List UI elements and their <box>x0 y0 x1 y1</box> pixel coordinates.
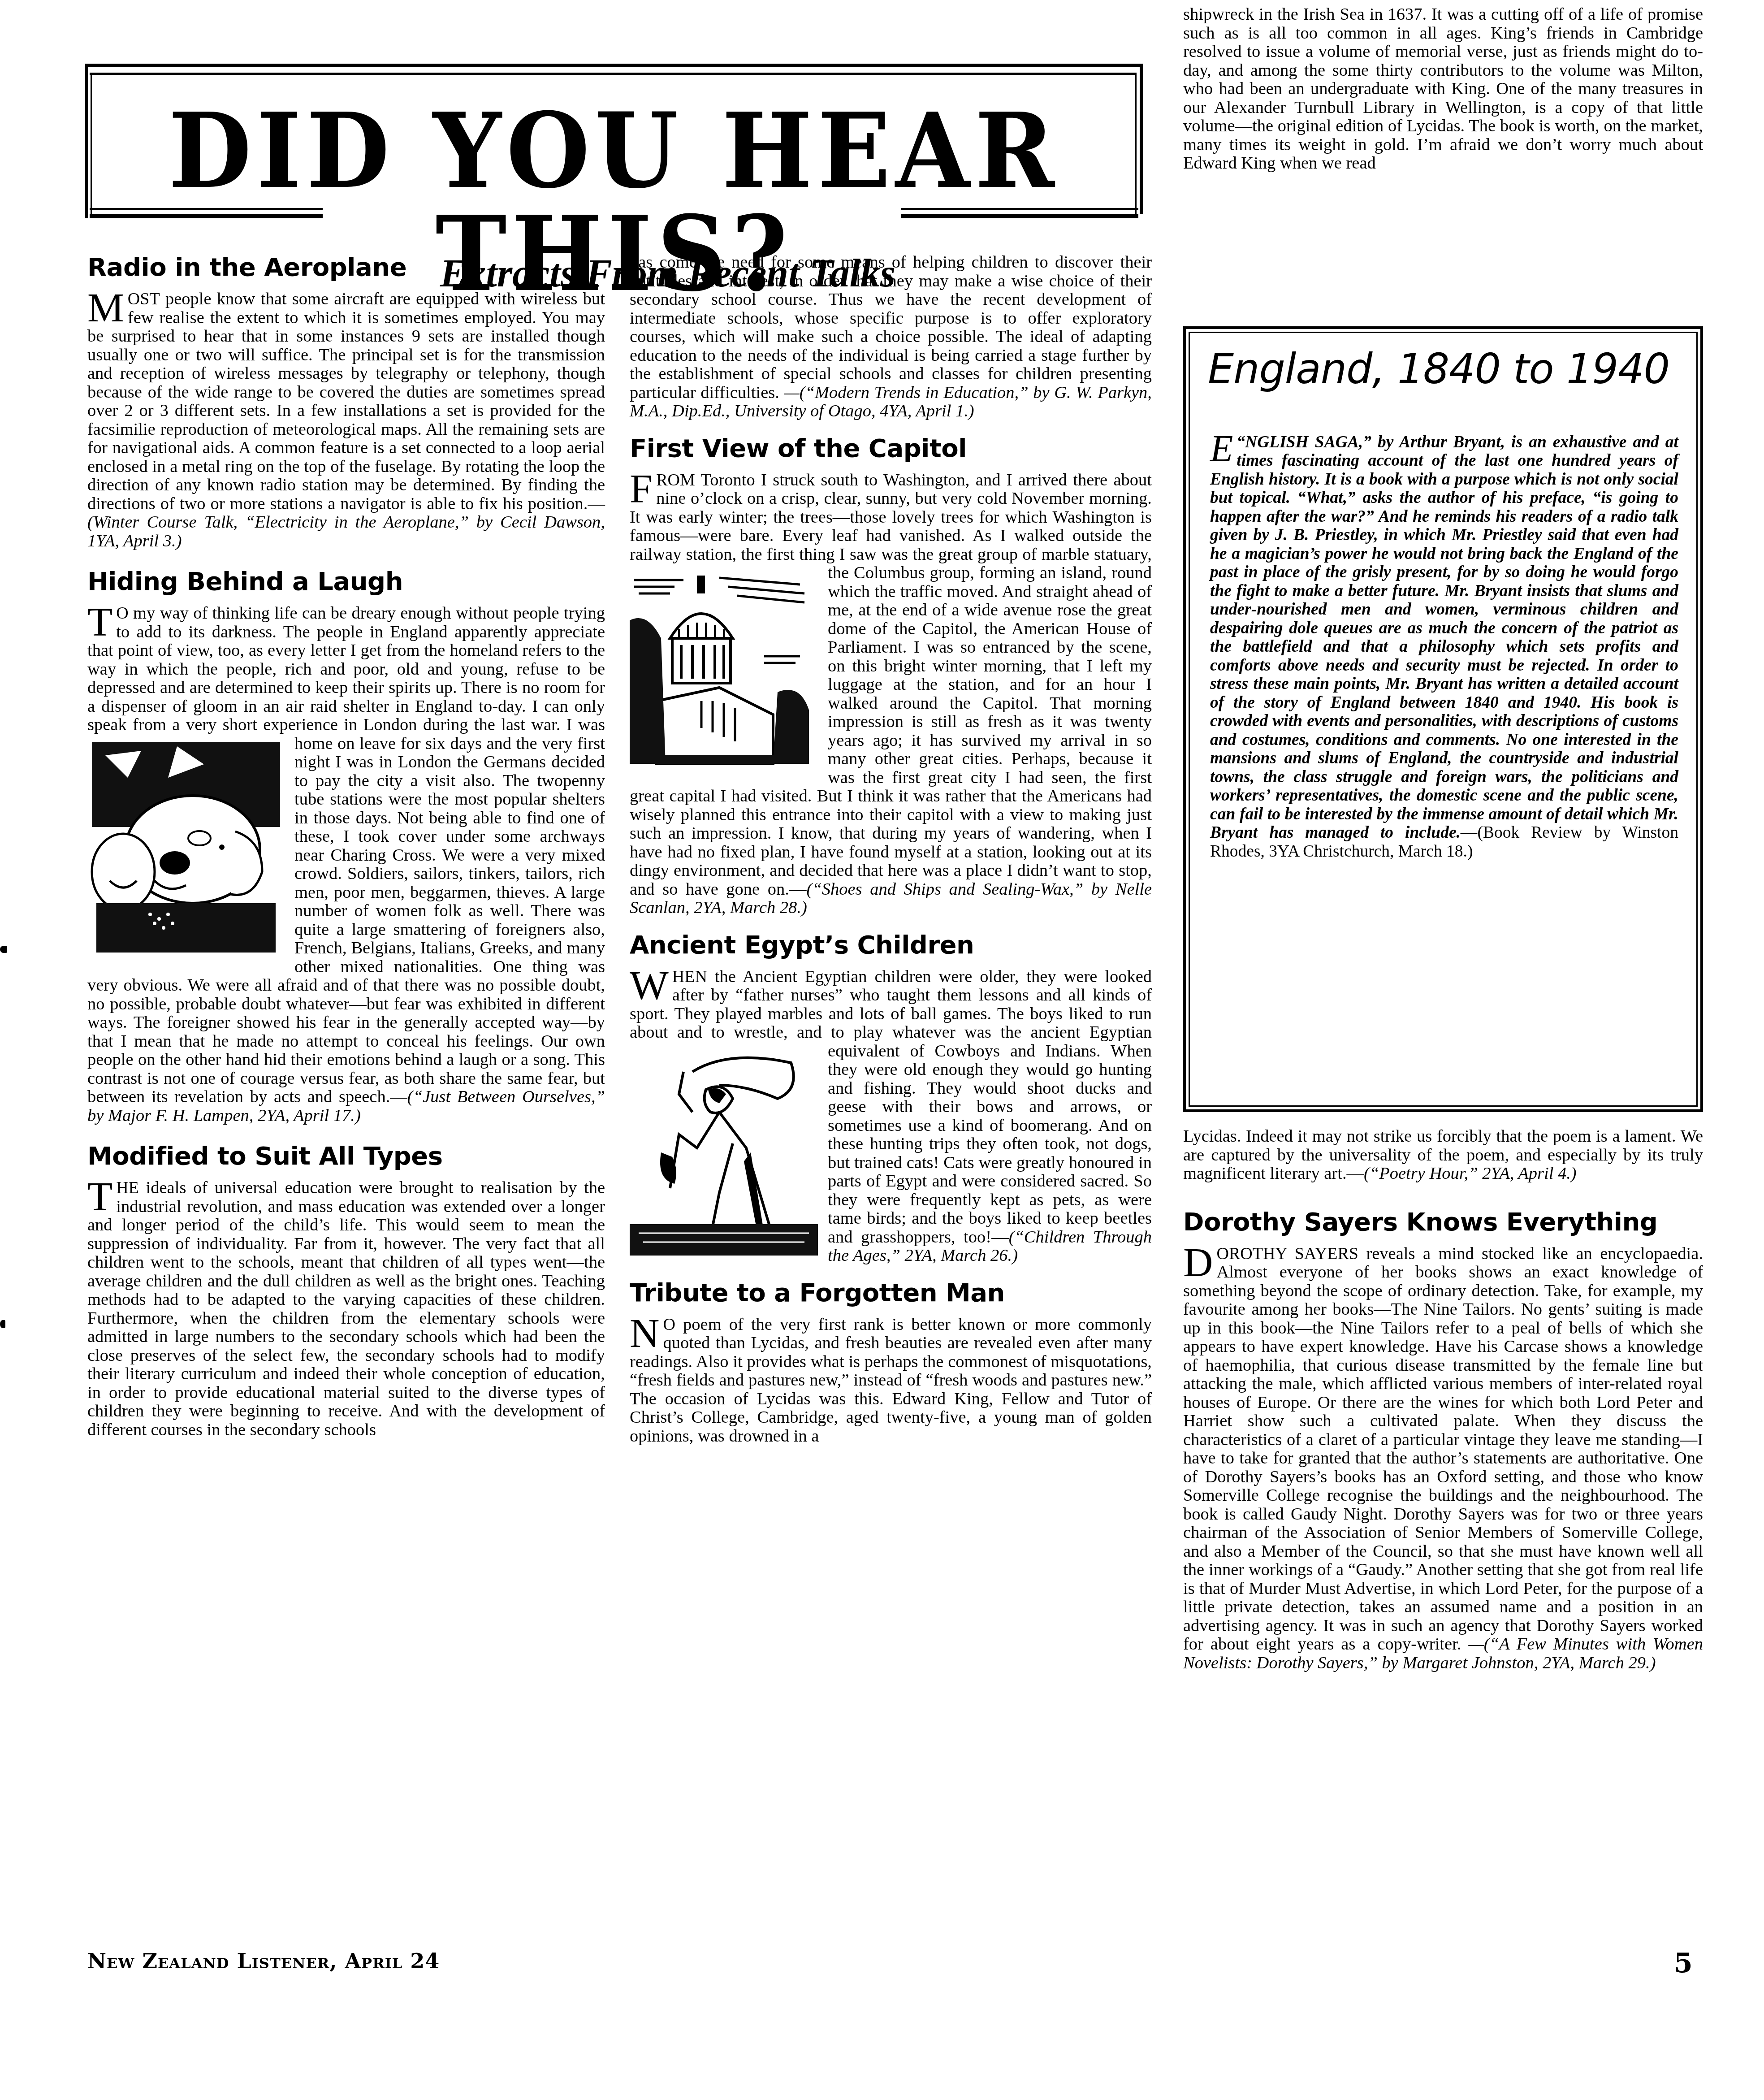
article-hiding-behind-laugh: Hiding Behind a Laugh TO my way of think… <box>87 567 605 1125</box>
cartoon-icon <box>87 737 285 957</box>
publication-footer: New Zealand Listener, April 24 <box>87 1949 440 1973</box>
egyptian-figure-icon <box>630 1045 818 1256</box>
article-body: TO my way of thinking life can be dreary… <box>87 604 605 1125</box>
article-heading: Tribute to a Forgotten Man <box>630 1279 1152 1308</box>
article-body: WHEN the Ancient Egyptian children were … <box>630 968 1152 1265</box>
masthead: DID YOU HEAR THIS? Extracts From Recent … <box>85 64 1143 218</box>
article-heading: Modified to Suit All Types <box>87 1142 605 1171</box>
article-heading: Dorothy Sayers Knows Everything <box>1183 1208 1703 1237</box>
article-body-continued: Lycidas. Indeed it may not strike us for… <box>1183 1127 1703 1183</box>
drop-cap: E <box>1210 435 1233 463</box>
cartoon-laughing-faces-illustration <box>87 737 285 957</box>
article-body: NO poem of the very first rank is better… <box>630 1316 1152 1446</box>
column-1: Radio in the Aeroplane MOST people know … <box>87 253 605 1439</box>
drop-cap: M <box>87 292 124 323</box>
subtitle-rule-right <box>901 208 1138 218</box>
scan-mark <box>0 1320 5 1328</box>
capitol-icon <box>630 567 818 768</box>
egyptian-figure-illustration <box>630 1045 818 1256</box>
masthead-rule <box>1140 64 1143 214</box>
drop-cap: D <box>1183 1247 1213 1278</box>
article-modified-suit-types: Modified to Suit All Types THE ideals of… <box>87 1142 605 1439</box>
drop-cap: F <box>630 473 653 504</box>
drop-cap: T <box>87 1181 112 1212</box>
review-title: England, 1840 to 1940 <box>1201 349 1676 390</box>
article-body-continued: has come the need for some means of help… <box>630 253 1152 421</box>
article-radio-aeroplane: Radio in the Aeroplane MOST people know … <box>87 253 605 550</box>
masthead-rule <box>1135 73 1137 214</box>
article-credit: (“Poetry Hour,” 2YA, April 4.) <box>1364 1164 1577 1183</box>
column-2: has come the need for some means of help… <box>630 253 1152 1446</box>
masthead-rule <box>85 64 88 218</box>
article-first-view-capitol: First View of the Capitol FROM Toronto I… <box>630 434 1152 918</box>
article-dorothy-sayers: Dorothy Sayers Knows Everything DOROTHY … <box>1183 1208 1703 1673</box>
article-body: DOROTHY SAYERS reveals a mind stocked li… <box>1183 1245 1703 1673</box>
masthead-rule <box>90 73 1136 75</box>
article-heading: Hiding Behind a Laugh <box>87 567 605 596</box>
article-heading: First View of the Capitol <box>630 434 1152 463</box>
article-ancient-egypt-children: Ancient Egypt’s Children WHEN the Ancien… <box>630 931 1152 1265</box>
article-credit: (Winter Course Talk, “Electricity in the… <box>87 513 605 550</box>
page-number: 5 <box>1674 1948 1693 1979</box>
review-body: “ENGLISH SAGA,” by Arthur Bryant, is an … <box>1210 433 1678 861</box>
masthead-rule <box>91 73 92 216</box>
drop-cap: W <box>630 970 669 1001</box>
capitol-dome-illustration <box>630 567 818 768</box>
article-heading: Radio in the Aeroplane <box>87 253 605 282</box>
drop-cap: T <box>87 606 112 637</box>
book-review-box: England, 1840 to 1940 “ENGLISH SAGA,” by… <box>1183 326 1703 1112</box>
column-3-lower: Lycidas. Indeed it may not strike us for… <box>1183 1127 1703 1672</box>
article-body: MOST people know that some aircraft are … <box>87 290 605 550</box>
article-body: FROM Toronto I struck south to Washingto… <box>630 471 1152 918</box>
subtitle-rule-left <box>90 208 323 218</box>
article-body: THE ideals of universal education were b… <box>87 1179 605 1439</box>
article-tribute-forgotten-man: Tribute to a Forgotten Man NO poem of th… <box>630 1279 1152 1446</box>
article-body-continued: shipwreck in the Irish Sea in 1637. It w… <box>1183 5 1703 173</box>
article-heading: Ancient Egypt’s Children <box>630 931 1152 960</box>
drop-cap: N <box>630 1317 659 1349</box>
scan-mark <box>0 946 7 953</box>
masthead-rule <box>85 64 1143 67</box>
